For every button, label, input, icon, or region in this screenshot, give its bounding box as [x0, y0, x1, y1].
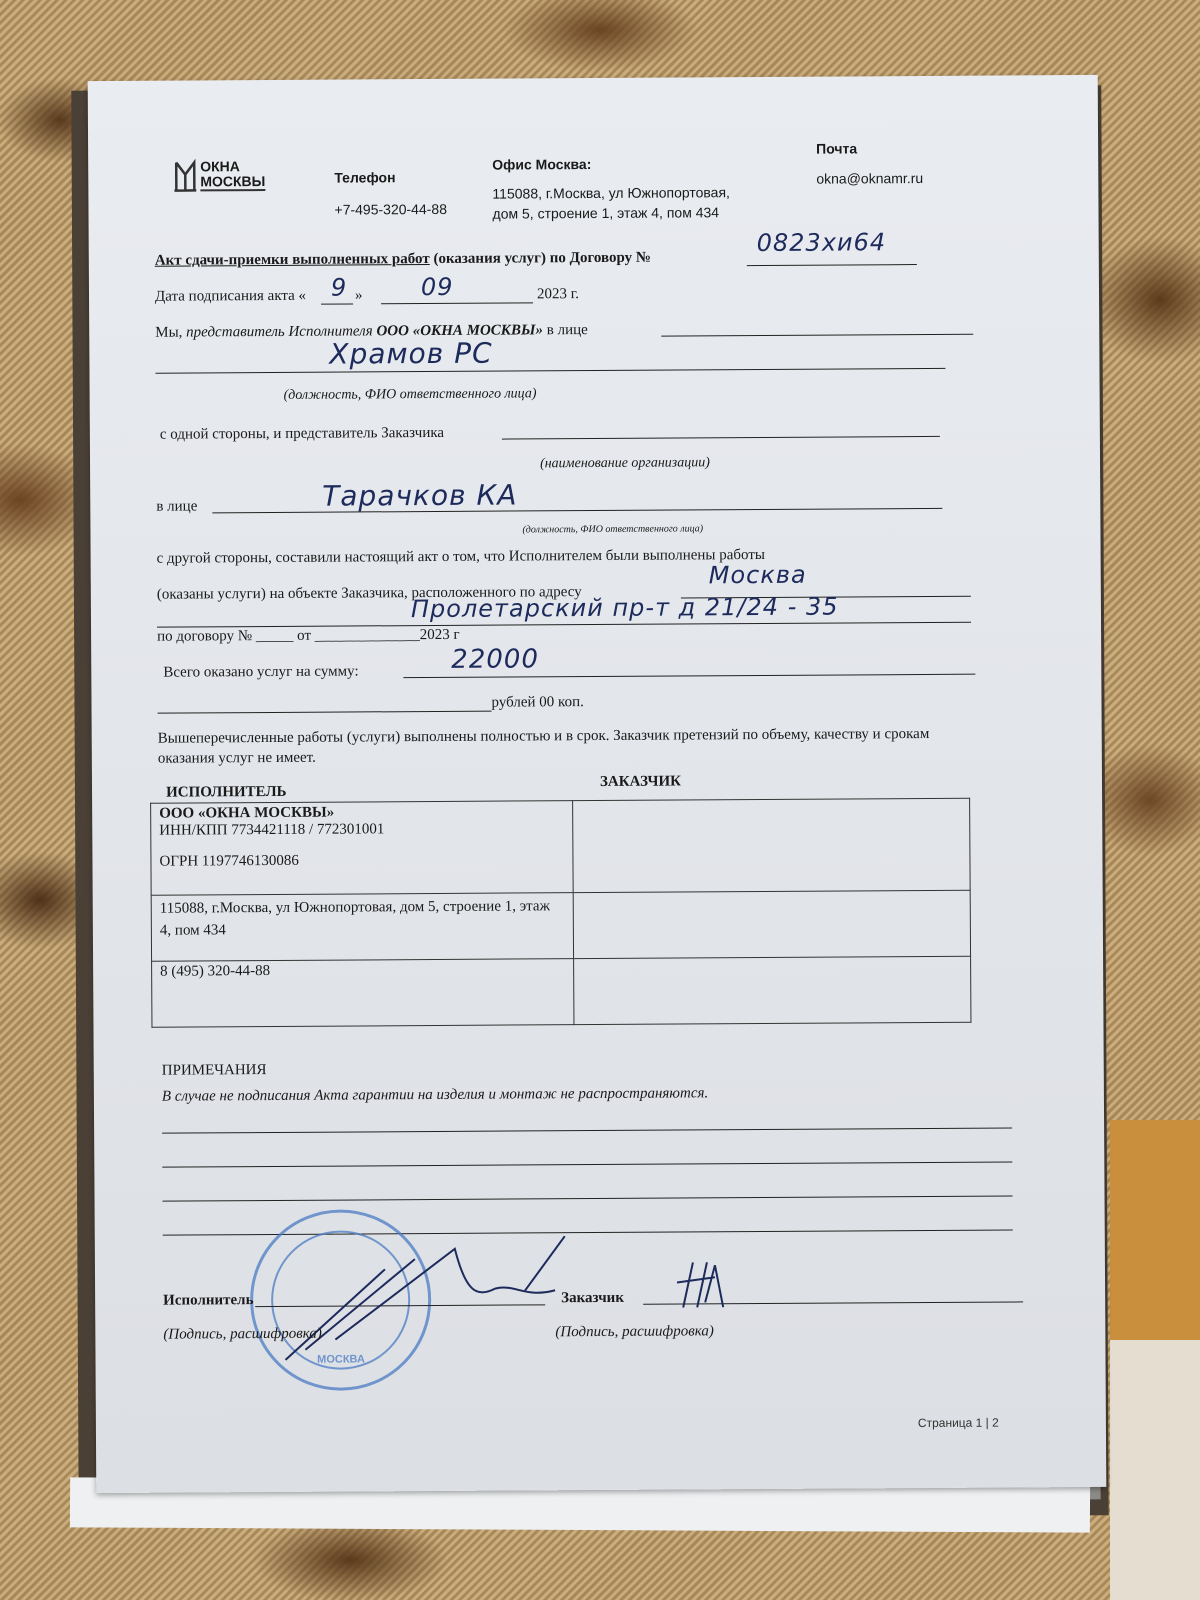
logo-line2: МОСКВЫ [200, 174, 265, 189]
act-title: Акт сдачи-приемки выполненных работ (ока… [155, 250, 651, 270]
background-floor [1110, 1340, 1200, 1600]
statement: Вышеперечисленные работы (услуги) выполн… [158, 724, 958, 769]
customer-heading: ЗАКАЗЧИК [600, 773, 681, 790]
address-city-handwritten: Москва [709, 561, 807, 590]
office-label: Офис Москва: [492, 156, 591, 173]
total-amount-handwritten: 22000 [451, 644, 539, 675]
customer-intro: с одной стороны, и представитель Заказчи… [160, 425, 444, 444]
customer-phone-cell [574, 956, 971, 1024]
customer-signature [675, 1257, 735, 1317]
customer-person-handwritten: Тарачков КА [322, 478, 517, 512]
company-logo: ОКНА МОСКВЫ [174, 158, 265, 193]
requisites-table: ООО «ОКНА МОСКВЫ» ИНН/КПП 7734421118 / 7… [150, 798, 971, 1028]
notes-heading: ПРИМЕЧАНИЯ [162, 1062, 267, 1080]
email-value: okna@oknamr.ru [816, 168, 923, 189]
executor-person-handwritten: Храмов РС [329, 337, 492, 371]
logo-icon [174, 158, 196, 192]
executor-signature-label: Исполнитель [163, 1292, 253, 1310]
office-address-2: дом 5, строение 1, этаж 4, пом 434 [492, 202, 719, 223]
page-number: Страница 1 | 2 [918, 1416, 999, 1430]
customer-address-cell [573, 890, 970, 958]
phone-label: Телефон [334, 169, 395, 185]
address-street-handwritten: Пролетарский пр-т д 21/24 - 35 [411, 593, 839, 624]
background-wood [1110, 1120, 1200, 1340]
customer-name-cell [573, 798, 971, 892]
executor-signature [275, 1228, 576, 1370]
total-label: Всего оказано услуг на сумму: [163, 663, 358, 681]
contract-number-handwritten: 0823хи64 [757, 228, 887, 257]
document-page: ОКНА МОСКВЫ Телефон +7-495-320-44-88 Офи… [88, 75, 1107, 1493]
notes-text: В случае не подписания Акта гарантии на … [162, 1085, 708, 1105]
customer-signature-label: Заказчик [561, 1290, 624, 1307]
date-label: Дата подписания акта « [155, 288, 306, 306]
date-month: 09 [421, 273, 454, 301]
date-year: 2023 г. [537, 286, 579, 303]
date-day: 9 [331, 274, 347, 302]
email-label: Почта [816, 140, 857, 156]
executor-heading: ИСПОЛНИТЕЛЬ [166, 784, 287, 802]
office-address-1: 115088, г.Москва, ул Южнопортовая, [492, 182, 730, 203]
phone-value: +7-495-320-44-88 [334, 199, 447, 220]
